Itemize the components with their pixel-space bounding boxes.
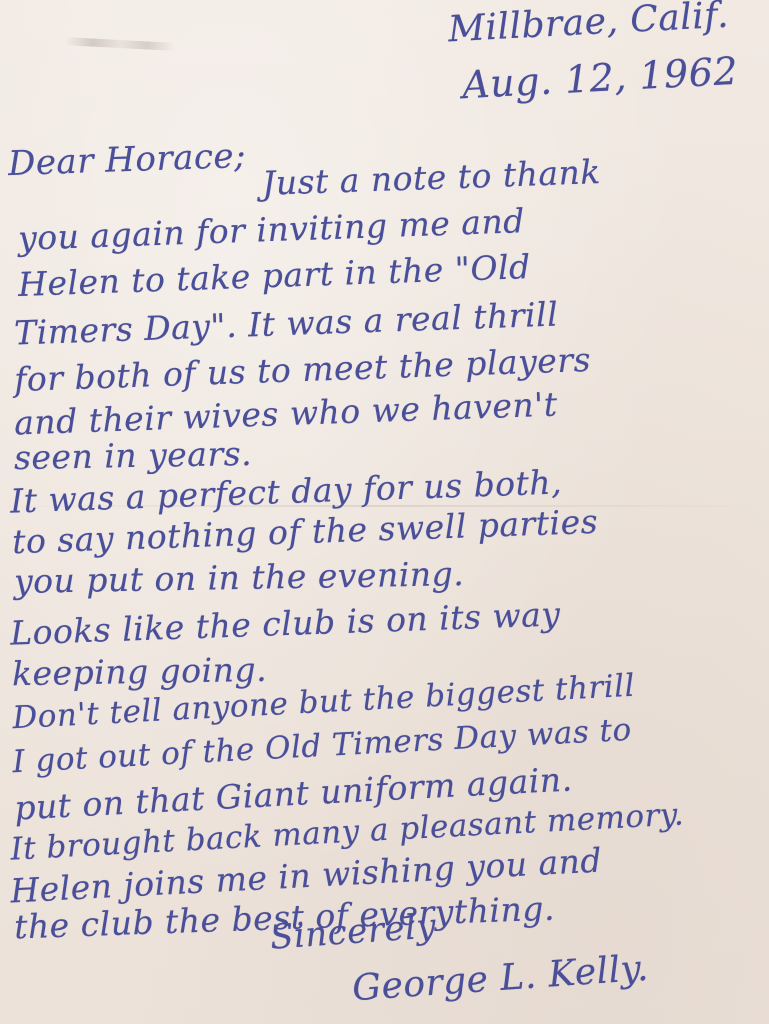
letter-salutation: Dear Horace; bbox=[7, 136, 246, 184]
body-line: seen in years. bbox=[14, 434, 253, 477]
body-line: Looks like the club is on its way bbox=[9, 594, 561, 652]
letter-date: Aug. 12, 1962 bbox=[461, 49, 739, 107]
paper-blemish bbox=[65, 37, 175, 51]
letter-page: Millbrae, Calif. Aug. 12, 1962 Dear Hora… bbox=[0, 0, 769, 1024]
body-line: keeping going. bbox=[12, 650, 268, 693]
body-line: Just a note to thank bbox=[261, 152, 601, 203]
body-line: you put on in the evening. bbox=[14, 554, 465, 601]
letter-place: Millbrae, Calif. bbox=[447, 0, 730, 50]
letter-signature: George L. Kelly. bbox=[351, 948, 650, 1010]
body-line: Helen to take part in the "Old bbox=[17, 247, 531, 304]
